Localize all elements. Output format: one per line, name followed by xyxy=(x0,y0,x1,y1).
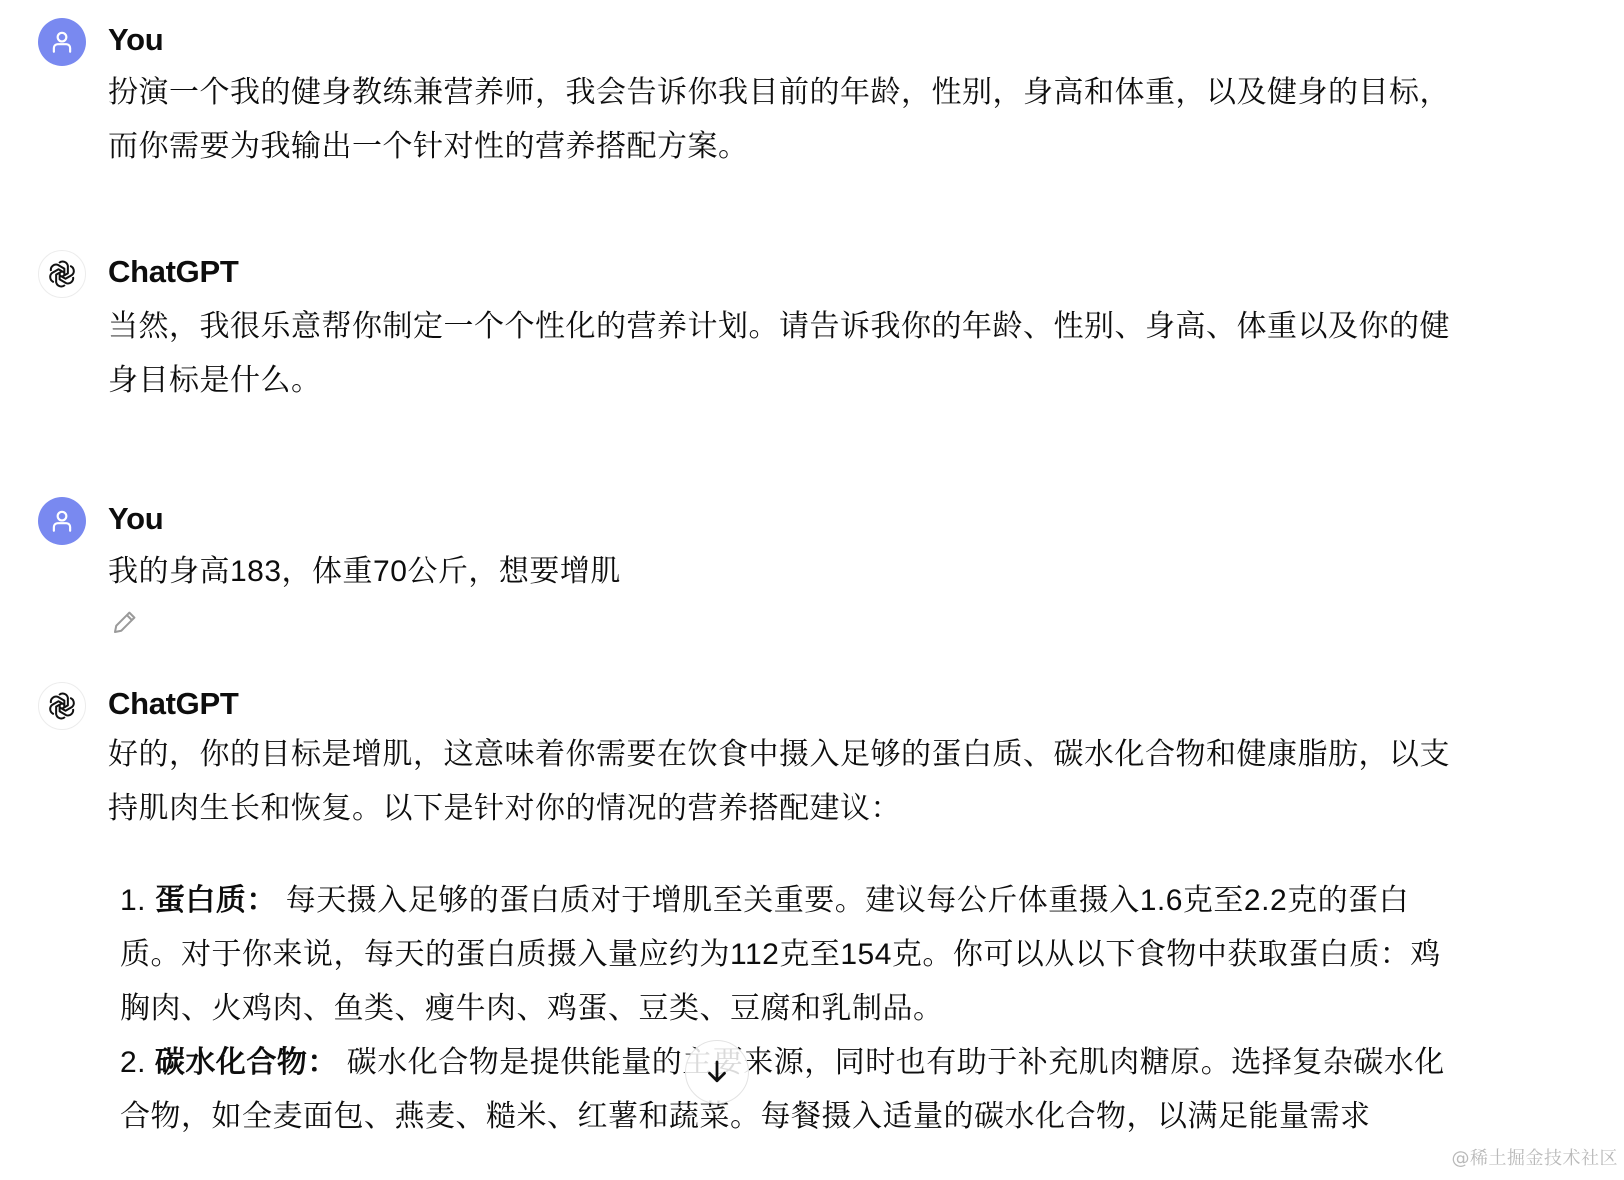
list-number: 2. xyxy=(120,1046,146,1079)
chatgpt-avatar xyxy=(38,682,86,730)
arrow-down-icon xyxy=(702,1057,732,1087)
list-term: 蛋白质： xyxy=(155,884,277,917)
edit-message-button[interactable] xyxy=(108,605,142,639)
user-icon xyxy=(49,508,75,534)
message-text: 我的身高183，体重70公斤，想要增肌 xyxy=(108,545,1468,599)
user-avatar xyxy=(38,18,86,66)
openai-logo-icon xyxy=(46,258,78,290)
message-text: 扮演一个我的健身教练兼营养师，我会告诉你我目前的年龄，性别，身高和体重，以及健身… xyxy=(108,66,1468,174)
pencil-icon xyxy=(110,607,140,637)
list-text: 每天摄入足够的蛋白质对于增肌至关重要。建议每公斤体重摄入1.6克至2.2克的蛋白… xyxy=(120,884,1441,1025)
scroll-to-bottom-button[interactable] xyxy=(685,1040,749,1104)
nutrition-list: 1. 蛋白质： 每天摄入足够的蛋白质对于增肌至关重要。建议每公斤体重摄入1.6克… xyxy=(120,874,1468,1144)
user-icon xyxy=(49,29,75,55)
list-item-carbohydrates: 2. 碳水化合物： 碳水化合物是提供能量的主要来源，同时也有助于补充肌肉糖原。选… xyxy=(120,1036,1468,1144)
chatgpt-avatar xyxy=(38,250,86,298)
list-item-protein: 1. 蛋白质： 每天摄入足够的蛋白质对于增肌至关重要。建议每公斤体重摄入1.6克… xyxy=(120,874,1468,1036)
watermark: @稀土掘金技术社区 xyxy=(1452,1144,1619,1170)
openai-logo-icon xyxy=(46,690,78,722)
author-name: ChatGPT xyxy=(108,686,239,722)
message-content: 好的，你的目标是增肌，这意味着你需要在饮食中摄入足够的蛋白质、碳水化合物和健康脂… xyxy=(108,728,1468,1144)
author-name: You xyxy=(108,22,163,58)
message-intro: 好的，你的目标是增肌，这意味着你需要在饮食中摄入足够的蛋白质、碳水化合物和健康脂… xyxy=(108,728,1468,836)
author-name: ChatGPT xyxy=(108,254,239,290)
author-name: You xyxy=(108,501,163,537)
message-text: 当然，我很乐意帮你制定一个个性化的营养计划。请告诉我你的年龄、性别、身高、体重以… xyxy=(108,300,1468,408)
list-number: 1. xyxy=(120,884,146,917)
list-term: 碳水化合物： xyxy=(155,1046,338,1079)
user-avatar xyxy=(38,497,86,545)
